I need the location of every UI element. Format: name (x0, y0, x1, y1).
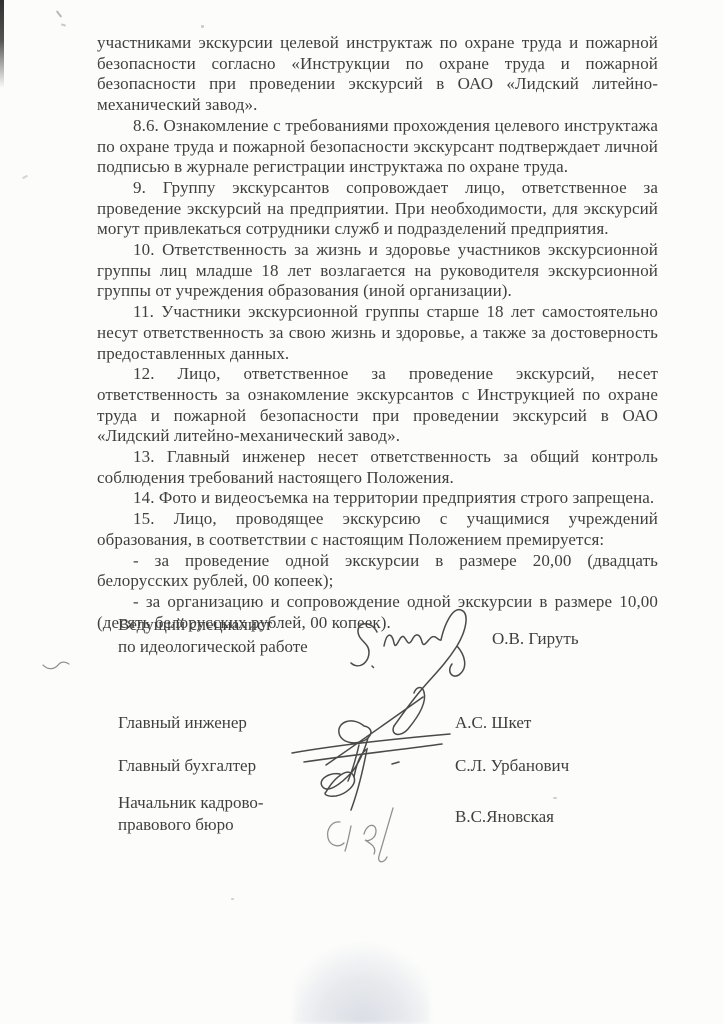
signature-ink-yanovskaya (328, 808, 393, 862)
signature-title-hr-legal-head: Начальник кадрово- правового бюро (118, 792, 264, 836)
para-9: 9. Группу экскурсантов сопровождает лицо… (97, 178, 658, 240)
scan-speck (22, 175, 28, 180)
para-10: 10. Ответственность за жизнь и здоровье … (97, 240, 658, 302)
handwritten-signatures (280, 595, 510, 870)
para-bullet-1: - за проведение одной экскурсии в размер… (97, 551, 658, 592)
scanned-document-page: участниками экскурсии целевой инструктаж… (0, 0, 723, 1024)
para-8-6: 8.6. Ознакомление с требованиями прохожд… (97, 116, 658, 178)
signature-title-chief-accountant: Главный бухгалтер (118, 755, 256, 777)
document-body: участниками экскурсии целевой инструктаж… (97, 33, 658, 633)
para-11: 11. Участники экскурсионной группы старш… (97, 302, 658, 364)
signature-ink-girut (351, 610, 466, 735)
para-14: 14. Фото и видеосъемка на территории пре… (97, 488, 658, 509)
para-12: 12. Лицо, ответственное за проведение эк… (97, 364, 658, 447)
scan-smudge (294, 924, 430, 1024)
scan-speck (201, 25, 204, 28)
signature-title-chief-engineer: Главный инженер (118, 712, 247, 734)
stray-pen-mark (40, 655, 72, 677)
scan-speck (61, 23, 66, 26)
scan-speck (56, 10, 63, 18)
scan-edge-artifact (0, 0, 4, 88)
para-13: 13. Главный инженер несет ответственност… (97, 447, 658, 488)
signature-ink-shket (292, 697, 450, 789)
scan-speck (553, 797, 557, 799)
para-15: 15. Лицо, проводящее экскурсию с учащими… (97, 509, 658, 550)
para-continuation: участниками экскурсии целевой инструктаж… (97, 33, 658, 116)
scan-speck (231, 898, 234, 900)
